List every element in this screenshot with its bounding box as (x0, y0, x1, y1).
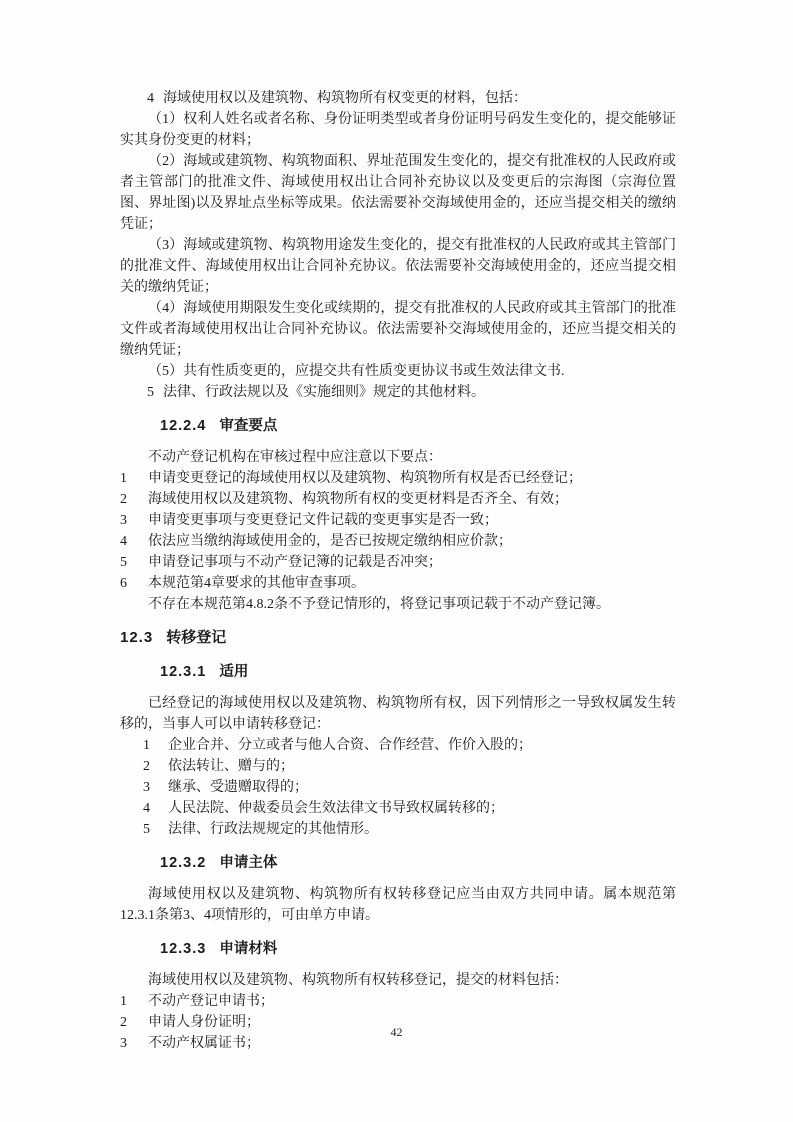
subsection-heading: 12.3.2申请主体 (160, 852, 676, 874)
item-text: 海域使用权以及建筑物、构筑物所有权的变更材料是否齐全、有效； (148, 489, 676, 510)
paragraph: 不动产登记机构在审核过程中应注意以下要点： (120, 447, 676, 468)
item-number: 2 (120, 489, 148, 510)
item-text: 法律、行政法规以及《实施细则》规定的其他材料。 (163, 382, 676, 403)
heading-number: 12.3.1 (160, 664, 206, 680)
subsection-heading: 12.3.3申请材料 (160, 938, 676, 960)
paragraph: 海域使用权以及建筑物、构筑物所有权转移登记应当由双方共同申请。属本规范第12.3… (120, 884, 676, 926)
item-number: 5 (143, 819, 168, 840)
paragraph: （3）海域或建筑物、构筑物用途发生变化的，提交有批准权的人民政府或其主管部门的批… (120, 235, 676, 298)
list-item: 4人民法院、仲裁委员会生效法律文书导致权属转移的； (143, 798, 676, 819)
list-item: 4海域使用权以及建筑物、构筑物所有权变更的材料，包括： (147, 88, 676, 109)
item-number: 2 (143, 756, 168, 777)
item-text: 申请变更登记的海域使用权以及建筑物、构筑物所有权是否已经登记； (148, 468, 676, 489)
item-text: 企业合并、分立或者与他人合资、合作经营、作价入股的； (168, 735, 676, 756)
heading-title: 申请材料 (219, 941, 277, 957)
list-item: 2海域使用权以及建筑物、构筑物所有权的变更材料是否齐全、有效； (120, 489, 676, 510)
item-text: 依法转让、赠与的； (168, 756, 676, 777)
paragraph: （1）权利人姓名或者名称、身份证明类型或者身份证明号码发生变化的，提交能够证实其… (120, 109, 676, 151)
list-item: 5法律、行政法规以及《实施细则》规定的其他材料。 (147, 382, 676, 403)
subsection-heading: 12.3.1适用 (160, 661, 676, 683)
item-text: 继承、受遗赠取得的； (168, 777, 676, 798)
item-text: 法律、行政法规规定的其他情形。 (168, 819, 676, 840)
item-text: 依法应当缴纳海域使用金的，是否已按规定缴纳相应价款； (148, 531, 676, 552)
document-content: 4海域使用权以及建筑物、构筑物所有权变更的材料，包括：（1）权利人姓名或者名称、… (120, 88, 676, 1054)
heading-title: 适用 (219, 664, 248, 680)
paragraph: 不存在本规范第4.8.2条不予登记情形的，将登记事项记载于不动产登记簿。 (120, 594, 676, 615)
list-item: 1不动产登记申请书； (120, 991, 676, 1012)
heading-number: 12.3.2 (160, 855, 206, 871)
list-item: 3申请变更事项与变更登记文件记载的变更事实是否一致； (120, 510, 676, 531)
list-item: 6本规范第4章要求的其他审查事项。 (120, 573, 676, 594)
list-item: 1申请变更登记的海域使用权以及建筑物、构筑物所有权是否已经登记； (120, 468, 676, 489)
list-item: 5法律、行政法规规定的其他情形。 (143, 819, 676, 840)
paragraph: 已经登记的海域使用权以及建筑物、构筑物所有权，因下列情形之一导致权属发生转移的，… (120, 693, 676, 735)
item-number: 3 (143, 777, 168, 798)
item-number: 5 (120, 552, 148, 573)
list-item: 2依法转让、赠与的； (143, 756, 676, 777)
item-number: 3 (120, 510, 148, 531)
paragraph: （2）海域或建筑物、构筑物面积、界址范围发生变化的，提交有批准权的人民政府或者主… (120, 151, 676, 235)
item-text: 人民法院、仲裁委员会生效法律文书导致权属转移的； (168, 798, 676, 819)
heading-title: 审查要点 (219, 418, 277, 434)
paragraph: （5）共有性质变更的，应提交共有性质变更协议书或生效法律文书. (120, 361, 676, 382)
subsection-heading: 12.2.4审查要点 (160, 415, 676, 437)
item-number: 4 (120, 531, 148, 552)
item-text: 不动产登记申请书； (148, 991, 676, 1012)
item-text: 申请变更事项与变更登记文件记载的变更事实是否一致； (148, 510, 676, 531)
heading-number: 12.3 (120, 629, 153, 646)
item-number: 1 (120, 468, 148, 489)
list-item: 1企业合并、分立或者与他人合资、合作经营、作价入股的； (143, 735, 676, 756)
section-heading: 12.3转移登记 (120, 627, 676, 649)
list-item: 4依法应当缴纳海域使用金的，是否已按规定缴纳相应价款； (120, 531, 676, 552)
item-text: 海域使用权以及建筑物、构筑物所有权变更的材料，包括： (163, 88, 676, 109)
item-text: 申请登记事项与不动产登记簿的记载是否冲突； (148, 552, 676, 573)
heading-title: 转移登记 (166, 629, 226, 646)
page-number: 42 (0, 1025, 793, 1040)
item-text: 本规范第4章要求的其他审查事项。 (148, 573, 676, 594)
document-page: 4海域使用权以及建筑物、构筑物所有权变更的材料，包括：（1）权利人姓名或者名称、… (0, 0, 793, 1122)
list-item: 5申请登记事项与不动产登记簿的记载是否冲突； (120, 552, 676, 573)
item-number: 4 (147, 88, 163, 109)
heading-title: 申请主体 (219, 855, 277, 871)
paragraph: 海域使用权以及建筑物、构筑物所有权转移登记，提交的材料包括： (120, 970, 676, 991)
item-number: 5 (147, 382, 163, 403)
item-number: 1 (120, 991, 148, 1012)
heading-number: 12.3.3 (160, 941, 206, 957)
item-number: 4 (143, 798, 168, 819)
heading-number: 12.2.4 (160, 418, 206, 434)
item-number: 1 (143, 735, 168, 756)
paragraph: （4）海域使用期限发生变化或续期的，提交有批准权的人民政府或其主管部门的批准文件… (120, 298, 676, 361)
item-number: 6 (120, 573, 148, 594)
list-item: 3继承、受遗赠取得的； (143, 777, 676, 798)
